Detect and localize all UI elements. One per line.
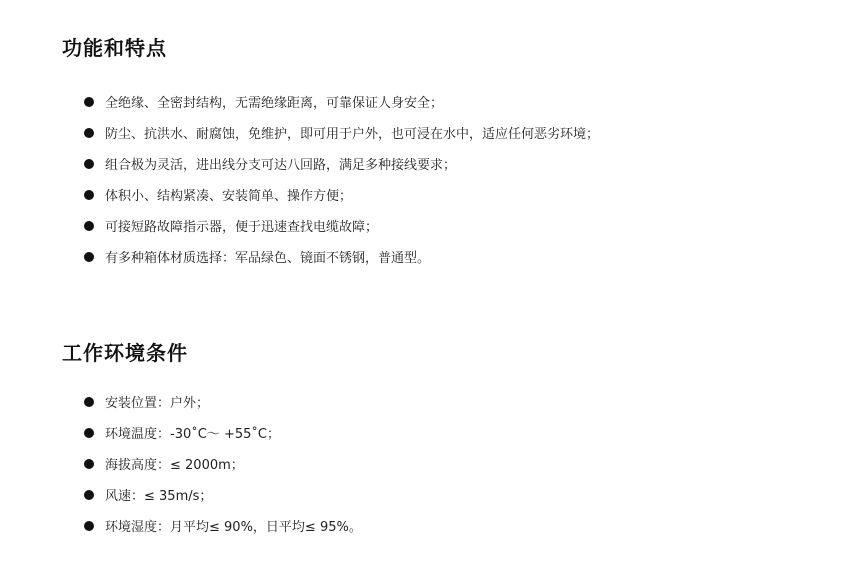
features-list: 全绝缘、全密封结构，无需绝缘距离，可靠保证人身安全； 防尘、抗洪水、耐腐蚀，免维… <box>84 86 599 272</box>
list-item: 环境湿度：月平均≤ 90%，日平均≤ 95%。 <box>84 510 362 541</box>
bullet-icon <box>84 97 94 107</box>
list-item-text: 海拔高度：≤ 2000m； <box>105 454 244 473</box>
features-section: 功能和特点 全绝缘、全密封结构，无需绝缘距离，可靠保证人身安全； 防尘、抗洪水、… <box>62 34 167 62</box>
bullet-icon <box>84 490 94 500</box>
list-item: 有多种箱体材质选择：军品绿色、镜面不锈钢，普通型。 <box>84 241 599 272</box>
bullet-icon <box>84 159 94 169</box>
list-item-text: 全绝缘、全密封结构，无需绝缘距离，可靠保证人身安全； <box>105 92 443 111</box>
list-item-text: 环境湿度：月平均≤ 90%，日平均≤ 95%。 <box>105 516 362 535</box>
list-item-text: 可接短路故障指示器，便于迅速查找电缆故障； <box>105 216 378 235</box>
list-item: 环境温度：-30˚C～ +55˚C； <box>84 417 362 448</box>
list-item: 风速：≤ 35m/s； <box>84 479 362 510</box>
list-item-text: 环境温度：-30˚C～ +55˚C； <box>105 423 280 442</box>
section-title-features: 功能和特点 <box>62 34 167 62</box>
list-item: 体积小、结构紧凑、安装简单、操作方便； <box>84 179 599 210</box>
bullet-icon <box>84 128 94 138</box>
list-item-text: 防尘、抗洪水、耐腐蚀，免维护，即可用于户外，也可浸在水中，适应任何恶劣环境； <box>105 123 599 142</box>
list-item: 组合极为灵活，进出线分支可达八回路，满足多种接线要求； <box>84 148 599 179</box>
bullet-icon <box>84 459 94 469</box>
section-title-environment: 工作环境条件 <box>62 339 188 367</box>
environment-section: 工作环境条件 安装位置：户外； 环境温度：-30˚C～ +55˚C； 海拔高度：… <box>62 339 188 367</box>
list-item-text: 体积小、结构紧凑、安装简单、操作方便； <box>105 185 352 204</box>
bullet-icon <box>84 521 94 531</box>
list-item: 防尘、抗洪水、耐腐蚀，免维护，即可用于户外，也可浸在水中，适应任何恶劣环境； <box>84 117 599 148</box>
list-item-text: 风速：≤ 35m/s； <box>105 485 212 504</box>
list-item: 可接短路故障指示器，便于迅速查找电缆故障； <box>84 210 599 241</box>
list-item-text: 组合极为灵活，进出线分支可达八回路，满足多种接线要求； <box>105 154 456 173</box>
list-item-text: 有多种箱体材质选择：军品绿色、镜面不锈钢，普通型。 <box>105 247 430 266</box>
list-item-text: 安装位置：户外； <box>105 392 209 411</box>
bullet-icon <box>84 252 94 262</box>
bullet-icon <box>84 397 94 407</box>
list-item: 全绝缘、全密封结构，无需绝缘距离，可靠保证人身安全； <box>84 86 599 117</box>
list-item: 安装位置：户外； <box>84 386 362 417</box>
bullet-icon <box>84 428 94 438</box>
bullet-icon <box>84 221 94 231</box>
bullet-icon <box>84 190 94 200</box>
environment-list: 安装位置：户外； 环境温度：-30˚C～ +55˚C； 海拔高度：≤ 2000m… <box>84 386 362 541</box>
list-item: 海拔高度：≤ 2000m； <box>84 448 362 479</box>
